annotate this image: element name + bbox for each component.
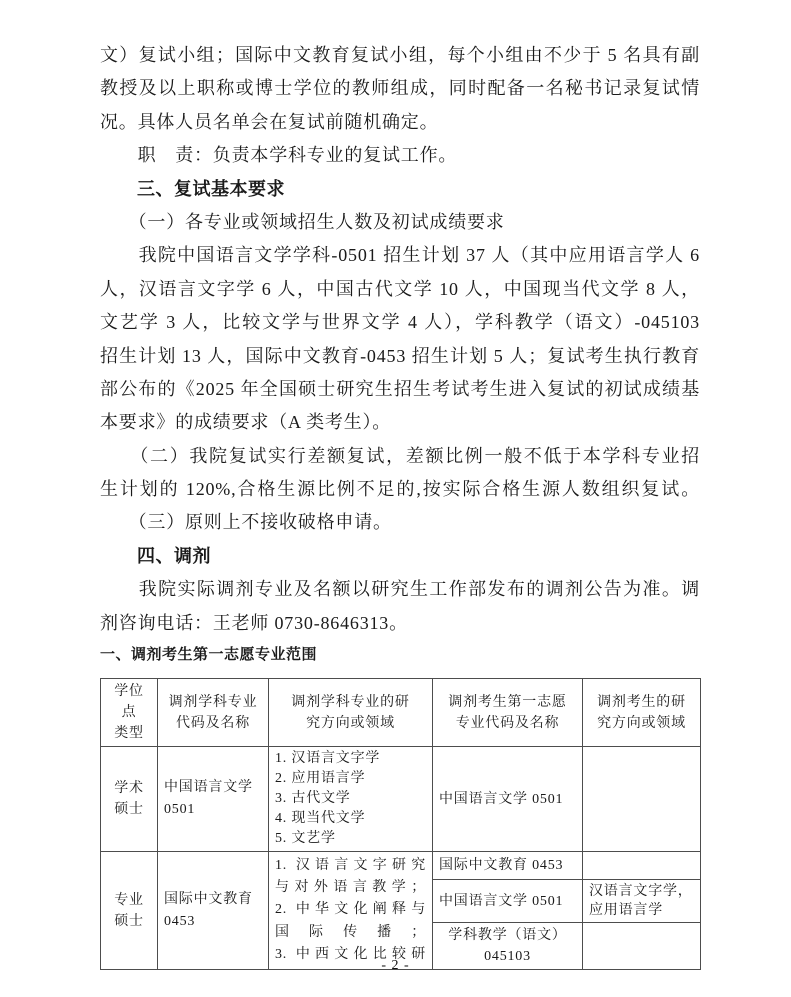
candidate-directions-cell: 汉语言文字学， 应用语言学 <box>583 880 701 923</box>
document-page: 文）复试小组；国际中文教育复试小组，每个小组由不少于 5 名具有副 教授及以上职… <box>0 0 791 997</box>
section-heading-4: 四、调剂 <box>100 540 700 573</box>
column-header-first-choice-major: 调剂考生第一志愿 专业代码及名称 <box>433 679 583 747</box>
candidate-directions-cell <box>583 852 701 880</box>
paragraph-line: 文）复试小组；国际中文教育复试小组，每个小组由不少于 5 名具有副 <box>100 39 700 72</box>
paragraph-line: （三）原则上不接收破格申请。 <box>100 506 700 539</box>
candidate-directions-cell <box>583 747 701 852</box>
table-row-professional: 专业 硕士 国际中文教育 0453 1. 汉语言文字研究 与对外语言教学； 2.… <box>101 852 701 880</box>
paragraph-line: 我院实际调剂专业及名额以研究生工作部发布的调剂公告为准。调 <box>100 573 700 606</box>
column-header-candidate-directions: 调剂考生的研 究方向或领域 <box>583 679 701 747</box>
paragraph-line: （二）我院复试实行差额复试，差额比例一般不低于本学科专业招 <box>100 440 700 473</box>
paragraph-line: 文艺学 3 人，比较文学与世界文学 4 人），学科教学（语文）-045103 <box>100 306 700 339</box>
paragraph-line: 职 责：负责本学科专业的复试工作。 <box>100 139 700 172</box>
first-choice-major-cell: 中国语言文学 0501 <box>433 880 583 923</box>
table-row-academic: 学术 硕士 中国语言文学 0501 1. 汉语言文字学 2. 应用语言学 3. … <box>101 747 701 852</box>
first-choice-major-cell: 中国语言文学 0501 <box>433 747 583 852</box>
paragraph-line: 我院中国语言文学学科-0501 招生计划 37 人（其中应用语言学人 6 <box>100 239 700 272</box>
paragraph-line: 况。具体人员名单会在复试前随机确定。 <box>100 106 700 139</box>
transfer-major-cell: 中国语言文学 0501 <box>158 747 269 852</box>
document-body: 文）复试小组；国际中文教育复试小组，每个小组由不少于 5 名具有副 教授及以上职… <box>100 39 700 970</box>
degree-type-cell: 学术 硕士 <box>101 747 158 852</box>
transfer-major-cell: 国际中文教育 0453 <box>158 852 269 970</box>
page-number: - 2 - <box>0 958 791 974</box>
research-directions-cell: 1. 汉语言文字学 2. 应用语言学 3. 古代文学 4. 现当代文学 5. 文… <box>269 747 433 852</box>
column-header-degree-type: 学位点 类型 <box>101 679 158 747</box>
paragraph-line: 生计划的 120%,合格生源比例不足的,按实际合格生源人数组织复试。 <box>100 473 700 506</box>
paragraph-line: 招生计划 13 人，国际中文教育-0453 招生计划 5 人；复试考生执行教育 <box>100 340 700 373</box>
paragraph-line: （一）各专业或领域招生人数及初试成绩要求 <box>100 206 700 239</box>
table-caption: 一、调剂考生第一志愿专业范围 <box>100 640 700 670</box>
first-choice-major-cell: 国际中文教育 0453 <box>433 852 583 880</box>
section-heading-3: 三、复试基本要求 <box>100 173 700 206</box>
paragraph-line: 教授及以上职称或博士学位的教师组成，同时配备一名秘书记录复试情 <box>100 72 700 105</box>
paragraph-line: 人，汉语言文字学 6 人，中国古代文学 10 人，中国现当代文学 8 人， <box>100 273 700 306</box>
paragraph-line: 本要求》的成绩要求（A 类考生）。 <box>100 406 700 439</box>
adjustment-majors-table: 学位点 类型 调剂学科专业 代码及名称 调剂学科专业的研 究方向或领域 调剂考生… <box>100 678 701 970</box>
research-directions-cell: 1. 汉语言文字研究 与对外语言教学； 2. 中华文化阐释与 国际传播； 3. … <box>269 852 433 970</box>
column-header-transfer-major: 调剂学科专业 代码及名称 <box>158 679 269 747</box>
paragraph-line: 剂咨询电话：王老师 0730-8646313。 <box>100 607 700 640</box>
column-header-transfer-directions: 调剂学科专业的研 究方向或领域 <box>269 679 433 747</box>
degree-type-cell: 专业 硕士 <box>101 852 158 970</box>
paragraph-line: 部公布的《2025 年全国硕士研究生招生考试考生进入复试的初试成绩基 <box>100 373 700 406</box>
table-header-row: 学位点 类型 调剂学科专业 代码及名称 调剂学科专业的研 究方向或领域 调剂考生… <box>101 679 701 747</box>
